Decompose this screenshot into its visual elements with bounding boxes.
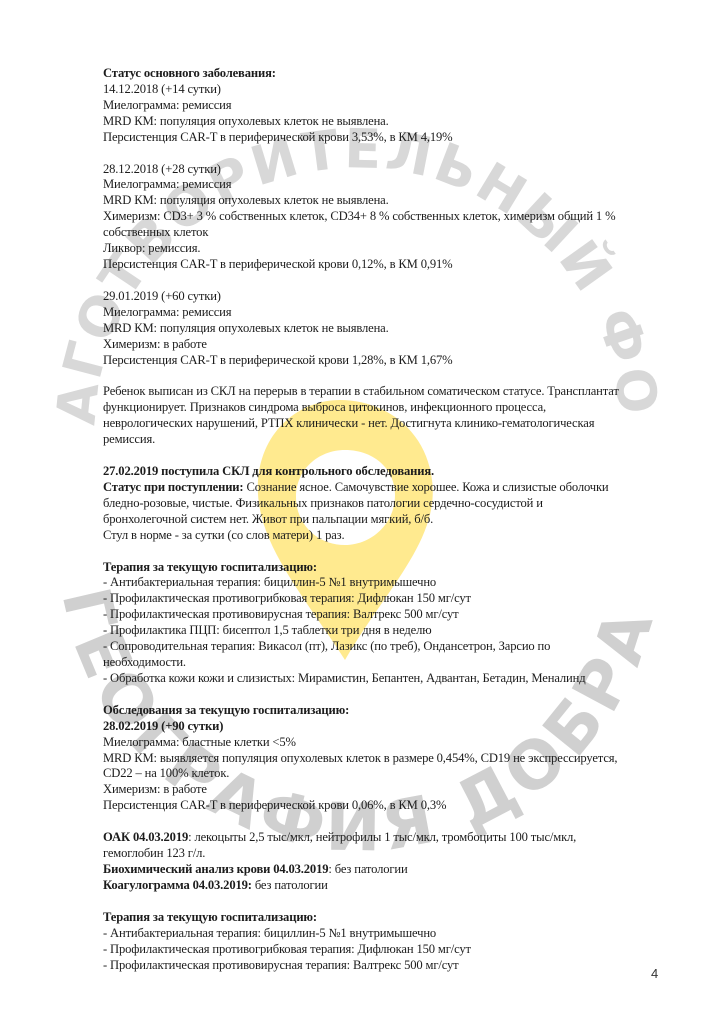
text-line: Химеризм: CD3+ 3 % собственных клеток, C… (103, 209, 703, 225)
therapy-heading: Терапия за текущую госпитализацию: (103, 560, 703, 576)
admission-section: 27.02.2019 поступила СКЛ для контрольног… (103, 464, 703, 544)
text-line: - Профилактическая противогрибковая тера… (103, 591, 703, 607)
therapy-list: - Антибактериальная терапия: бициллин-5 … (103, 926, 703, 974)
entry-date: 29.01.2019 (+60 сутки) (103, 289, 703, 305)
biochem-label: Биохимический анализ крови 04.03.2019 (103, 862, 328, 876)
oak-label: ОАК 04.03.2019 (103, 830, 188, 844)
labs-section: ОАК 04.03.2019: лекоцыты 2,5 тыс/мкл, не… (103, 830, 703, 894)
therapy-list: - Антибактериальная терапия: бициллин-5 … (103, 575, 703, 686)
text-line: CD22 – на 100% клеток. (103, 766, 703, 782)
discharge-section: Ребенок выписан из СКЛ на перерыв в тера… (103, 384, 703, 448)
therapy-heading: Терапия за текущую госпитализацию: (103, 910, 703, 926)
text-line: - Профилактическая противовирусная терап… (103, 958, 703, 974)
text-line: собственных клеток (103, 225, 703, 241)
text-line: неврологических нарушений, РТПХ клиничес… (103, 416, 703, 432)
exams-date: 28.02.2019 (+90 сутки) (103, 719, 703, 735)
text-line: MRD КМ: выявляется популяция опухолевых … (103, 751, 703, 767)
text-line: - Антибактериальная терапия: бициллин-5 … (103, 575, 703, 591)
page-number: 4 (651, 966, 658, 981)
text-line: Персистенция CAR-T в периферической кров… (103, 353, 703, 369)
discharge-text: Ребенок выписан из СКЛ на перерыв в тера… (103, 384, 703, 448)
status-entry: 14.12.2018 (+14 сутки)Миелограмма: ремис… (103, 82, 703, 146)
text-line: Миелограмма: ремиссия (103, 98, 703, 114)
text-line: Миелограмма: ремиссия (103, 305, 703, 321)
exams-section: Обследования за текущую госпитализацию: … (103, 703, 703, 814)
admission-status-label: Статус при поступлении: (103, 480, 243, 494)
coag-text: без патологии (252, 878, 328, 892)
coag-label: Коагулограмма 04.03.2019: (103, 878, 252, 892)
text-line: Персистенция CAR-T в периферической кров… (103, 257, 703, 273)
document-page: Статус основного заболевания: 14.12.2018… (103, 66, 703, 989)
biochem-text: : без патологии (328, 862, 407, 876)
exams-list: Миелограмма: бластные клетки <5%MRD КМ: … (103, 735, 703, 815)
admission-status-text: бледно-розовые, чистые. Физикальных приз… (103, 496, 703, 512)
text-line: - Обработка кожи кожи и слизистых: Мирам… (103, 671, 703, 687)
admission-status-text: бронхолегочной систем нет. Живот при пал… (103, 512, 703, 528)
status-entry: 28.12.2018 (+28 сутки)Миелограмма: ремис… (103, 162, 703, 273)
therapy-section: Терапия за текущую госпитализацию: - Ант… (103, 560, 703, 687)
text-line: Ребенок выписан из СКЛ на перерыв в тера… (103, 384, 703, 400)
text-line: Миелограмма: ремиссия (103, 177, 703, 193)
section-heading: Статус основного заболевания: (103, 66, 703, 82)
text-line: ремиссия. (103, 432, 703, 448)
entry-date: 28.12.2018 (+28 сутки) (103, 162, 703, 178)
text-line: MRD КМ: популяция опухолевых клеток не в… (103, 321, 703, 337)
text-line: необходимости. (103, 655, 703, 671)
text-line: Персистенция CAR-T в периферической кров… (103, 798, 703, 814)
text-line: - Профилактика ПЦП: бисептол 1,5 таблетк… (103, 623, 703, 639)
text-line: Персистенция CAR-T в периферической кров… (103, 130, 703, 146)
text-line: MRD КМ: популяция опухолевых клеток не в… (103, 193, 703, 209)
status-entry: 29.01.2019 (+60 сутки)Миелограмма: ремис… (103, 289, 703, 369)
disease-status-section: Статус основного заболевания: 14.12.2018… (103, 66, 703, 368)
text-line: - Профилактическая противовирусная терап… (103, 607, 703, 623)
text-line: MRD КМ: популяция опухолевых клеток не в… (103, 114, 703, 130)
text-line: Химеризм: в работе (103, 337, 703, 353)
oak-text: : лекоцыты 2,5 тыс/мкл, нейтрофилы 1 тыс… (188, 830, 576, 844)
text-line: - Антибактериальная терапия: бициллин-5 … (103, 926, 703, 942)
status-entries: 14.12.2018 (+14 сутки)Миелограмма: ремис… (103, 82, 703, 369)
text-line: Миелограмма: бластные клетки <5% (103, 735, 703, 751)
exams-heading: Обследования за текущую госпитализацию: (103, 703, 703, 719)
text-line: - Сопроводительная терапия: Викасол (пт)… (103, 639, 703, 655)
oak-text-continued: гемоглобин 123 г/л. (103, 846, 703, 862)
admission-status-text: Стул в норме - за сутки (со слов матери)… (103, 528, 703, 544)
admission-heading: 27.02.2019 поступила СКЛ для контрольног… (103, 464, 703, 480)
text-line: функционирует. Признаков синдрома выброс… (103, 400, 703, 416)
entry-date: 14.12.2018 (+14 сутки) (103, 82, 703, 98)
text-line: Ликвор: ремиссия. (103, 241, 703, 257)
therapy-section-2: Терапия за текущую госпитализацию: - Ант… (103, 910, 703, 974)
text-line: - Профилактическая противогрибковая тера… (103, 942, 703, 958)
admission-status-text: Сознание ясное. Самочувствие хорошее. Ко… (243, 480, 608, 494)
text-line: Химеризм: в работе (103, 782, 703, 798)
